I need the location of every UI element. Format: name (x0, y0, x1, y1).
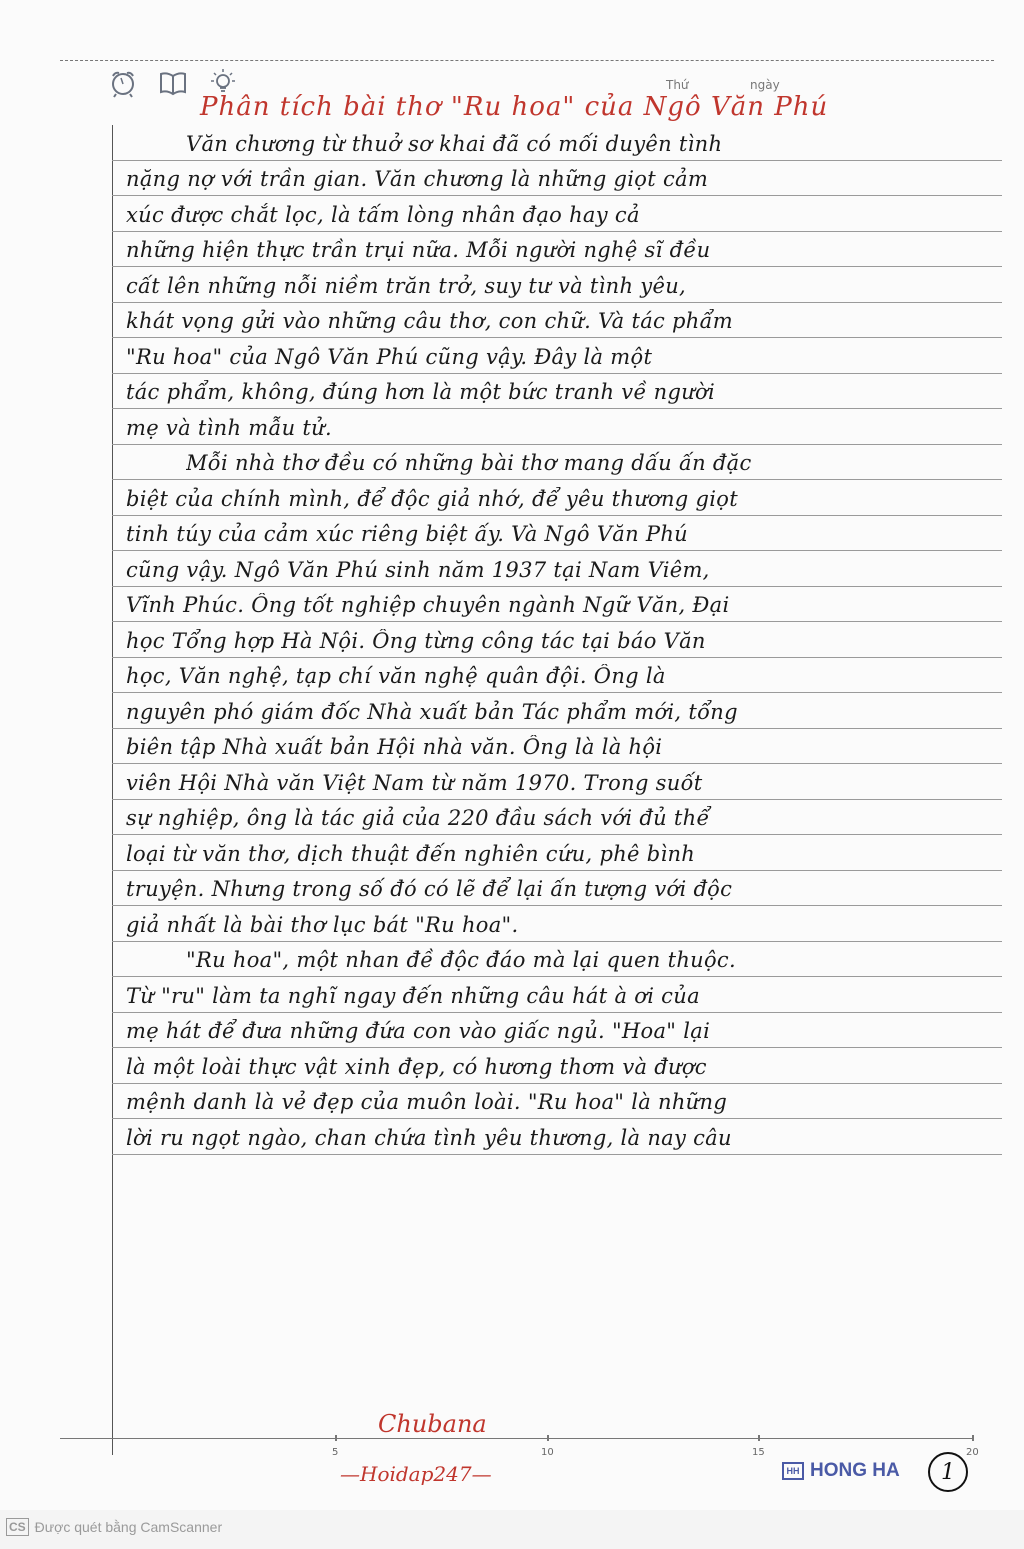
text-line: "Ru hoa", một nhan đề độc đáo mà lại que… (112, 942, 1002, 978)
text-line: nguyên phó giám đốc Nhà xuất bản Tác phẩ… (112, 693, 1002, 729)
text-line: Vĩnh Phúc. Ông tốt nghiệp chuyên ngành N… (112, 587, 1002, 623)
text-line: Mỗi nhà thơ đều có những bài thơ mang dấ… (112, 445, 1002, 481)
text-line: lời ru ngọt ngào, chan chứa tình yêu thư… (112, 1119, 1002, 1155)
text-line: viên Hội Nhà văn Việt Nam từ năm 1970. T… (112, 764, 1002, 800)
text-line: mẹ hát để đưa những đứa con vào giấc ngủ… (112, 1013, 1002, 1049)
bottom-ruler: 5 10 15 20 (60, 1438, 974, 1439)
text-line: truyện. Nhưng trong số đó có lẽ để lại ấ… (112, 871, 1002, 907)
notebook-page: Thứ ngày Phân tích bài thơ "Ru hoa" của … (0, 0, 1024, 1510)
text-line: khát vọng gửi vào những câu thơ, con chữ… (112, 303, 1002, 339)
text-line: giả nhất là bài thơ lục bát "Ru hoa". (112, 906, 1002, 942)
text-line: biên tập Nhà xuất bản Hội nhà văn. Ông l… (112, 729, 1002, 765)
brand-name: HONG HA (810, 1460, 900, 1482)
ruler-tick (758, 1435, 760, 1441)
text-line: cất lên những nỗi niềm trăn trở, suy tư … (112, 267, 1002, 303)
ruler-tick (547, 1435, 549, 1441)
date-label: ngày (750, 78, 780, 92)
text-line: cũng vậy. Ngô Văn Phú sinh năm 1937 tại … (112, 551, 1002, 587)
brand: HH HONG HA (782, 1460, 900, 1482)
open-book-icon (158, 68, 188, 98)
top-rule (60, 60, 994, 61)
text-line: "Ru hoa" của Ngô Văn Phú cũng vậy. Đây l… (112, 338, 1002, 374)
signature: Chubana (378, 1410, 487, 1438)
text-line: nặng nợ với trần gian. Văn chương là nhữ… (112, 161, 1002, 197)
text-line: là một loài thực vật xinh đẹp, có hương … (112, 1048, 1002, 1084)
text-line: tinh túy của cảm xúc riêng biệt ấy. Và N… (112, 516, 1002, 552)
text-line: học Tổng hợp Hà Nội. Ông từng công tác t… (112, 622, 1002, 658)
ruler-label: 20 (966, 1447, 979, 1458)
page-number: 1 (928, 1452, 968, 1492)
camscanner-logo-icon: CS (6, 1518, 29, 1536)
text-line: tác phẩm, không, đúng hơn là một bức tra… (112, 374, 1002, 410)
ruler-label: 5 (332, 1447, 338, 1458)
text-line: mệnh danh là vẻ đẹp của muôn loài. "Ru h… (112, 1084, 1002, 1120)
text-line: học, Văn nghệ, tạp chí văn nghệ quân đội… (112, 658, 1002, 694)
text-line: sự nghiệp, ông là tác giả của 220 đầu sá… (112, 800, 1002, 836)
camscanner-text: Được quét bằng CamScanner (35, 1519, 222, 1535)
text-line: loại từ văn thơ, dịch thuật đến nghiên c… (112, 835, 1002, 871)
hongha-logo-icon: HH (782, 1462, 804, 1480)
text-line: xúc được chắt lọc, là tấm lòng nhân đạo … (112, 196, 1002, 232)
text-line: Văn chương từ thuở sơ khai đã có mối duy… (112, 125, 1002, 161)
page-title: Phân tích bài thơ "Ru hoa" của Ngô Văn P… (200, 92, 904, 122)
ruler-tick (335, 1435, 337, 1441)
alarm-clock-icon (108, 68, 138, 98)
text-line: Từ "ru" làm ta nghĩ ngay đến những câu h… (112, 977, 1002, 1013)
text-line: mẹ và tình mẫu tử. (112, 409, 1002, 445)
ruler-label: 10 (541, 1447, 554, 1458)
ruler-tick (972, 1435, 974, 1441)
hoidap247-watermark: —Hoidap247— (340, 1462, 492, 1486)
text-line: những hiện thực trần trụi nữa. Mỗi người… (112, 232, 1002, 268)
text-line: biệt của chính mình, để độc giả nhớ, để … (112, 480, 1002, 516)
camscanner-footer: CS Được quét bằng CamScanner (6, 1518, 222, 1536)
essay-body: Văn chương từ thuở sơ khai đã có mối duy… (112, 125, 1002, 1155)
ruler-label: 15 (752, 1447, 765, 1458)
day-label: Thứ (666, 78, 689, 92)
